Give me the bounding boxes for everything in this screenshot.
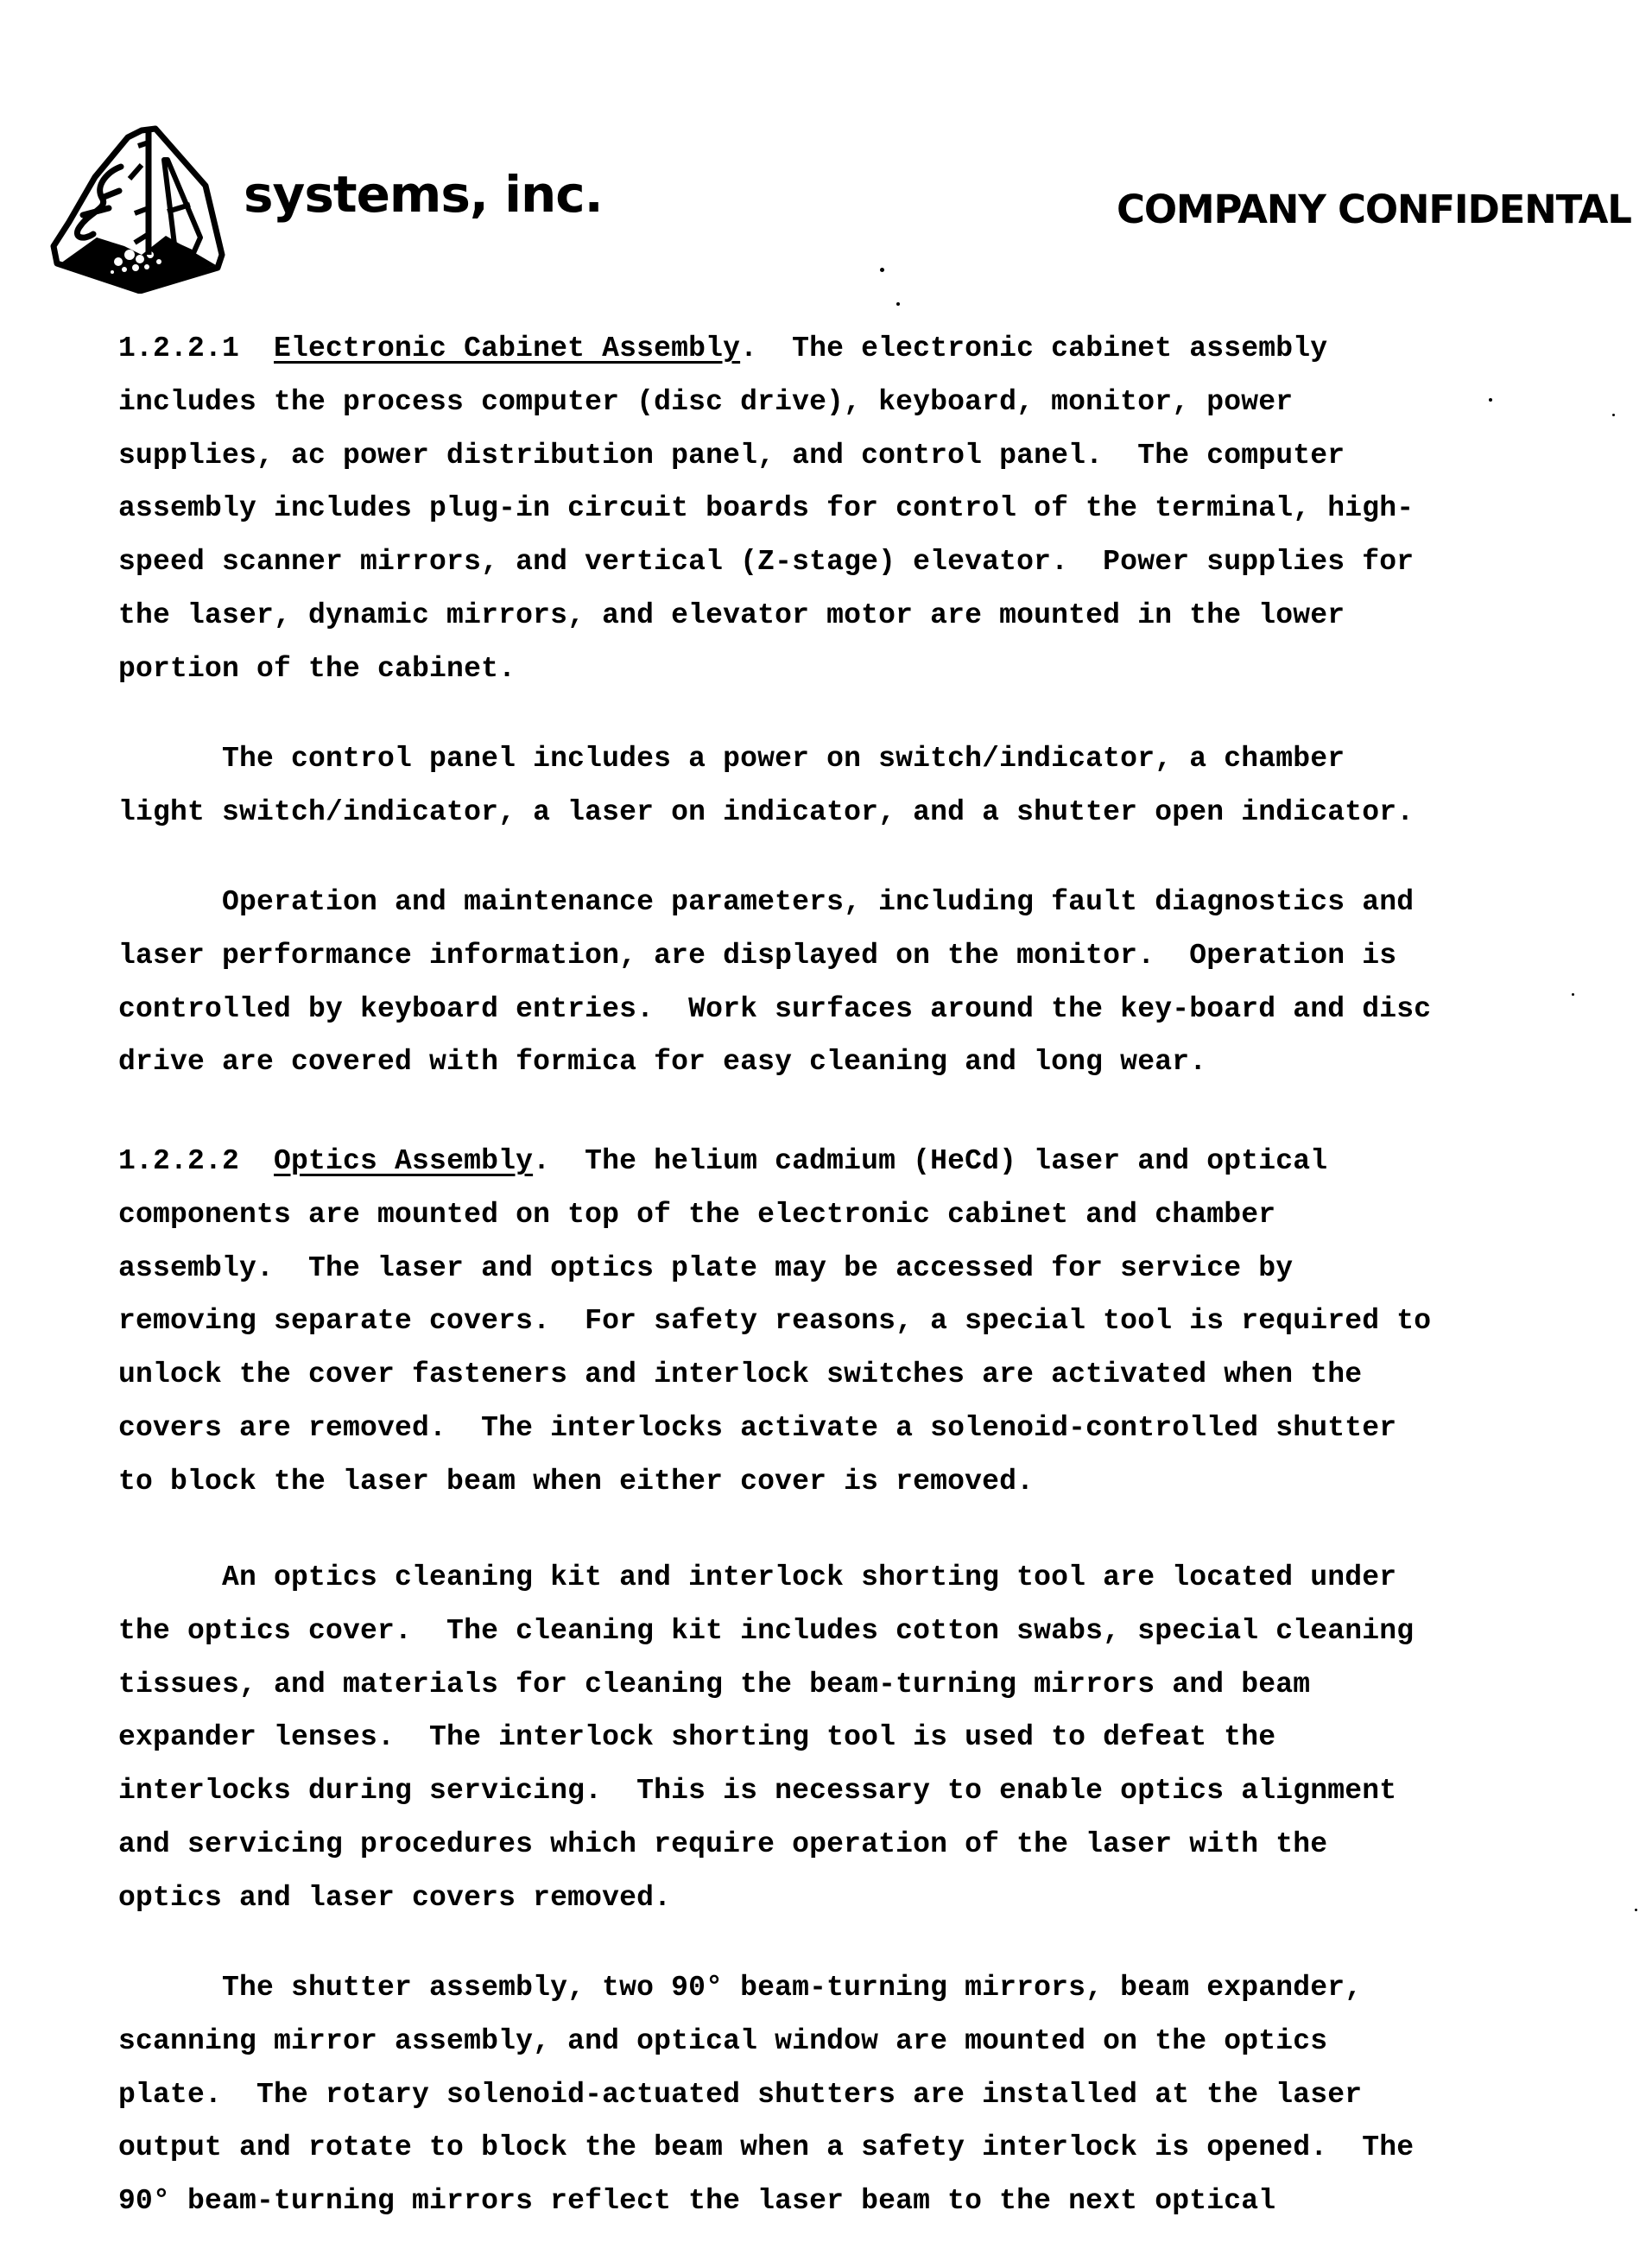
text-line: 1.2.2.2 Optics Assembly. The helium cadm… — [118, 1135, 1431, 1188]
text-line: and servicing procedures which require o… — [118, 1818, 1414, 1871]
3d-systems-logo-icon — [45, 125, 239, 294]
text-line: to block the laser beam when either cove… — [118, 1455, 1431, 1509]
text-line: covers are removed. The interlocks activ… — [118, 1402, 1431, 1455]
text-line: drive are covered with formica for easy … — [118, 1035, 1431, 1089]
text-line: controlled by keyboard entries. Work sur… — [118, 983, 1431, 1036]
text-line: optics and laser covers removed. — [118, 1871, 1414, 1925]
section-1-2-2-2-paragraph-2: An optics cleaning kit and interlock sho… — [118, 1551, 1414, 1925]
section-number: 1.2.2.2 — [118, 1145, 274, 1177]
text-line: speed scanner mirrors, and vertical (Z-s… — [118, 535, 1414, 589]
section-1-2-2-1-paragraph-3: Operation and maintenance parameters, in… — [118, 876, 1431, 1089]
text-line: 90° beam-turning mirrors reflect the las… — [118, 2175, 1414, 2228]
text-line: laser performance information, are displ… — [118, 929, 1431, 983]
scan-speck — [896, 302, 900, 306]
section-1-2-2-1-paragraph-2: The control panel includes a power on sw… — [118, 732, 1414, 839]
text-line: portion of the cabinet. — [118, 643, 1414, 696]
text-line: includes the process computer (disc driv… — [118, 376, 1414, 429]
confidential-label: COMPANY CONFIDENTAL — [1117, 190, 1631, 229]
text-line: assembly. The laser and optics plate may… — [118, 1242, 1431, 1295]
text-line: expander lenses. The interlock shorting … — [118, 1711, 1414, 1764]
company-name: systems, inc. — [244, 169, 603, 219]
section-1-2-2-2-paragraph-1: 1.2.2.2 Optics Assembly. The helium cadm… — [118, 1135, 1431, 1509]
text-line: assembly includes plug-in circuit boards… — [118, 482, 1414, 535]
text-line: components are mounted on top of the ele… — [118, 1188, 1431, 1242]
scan-speck — [1572, 993, 1574, 996]
section-number: 1.2.2.1 — [118, 332, 274, 364]
section-heading: Optics Assembly — [274, 1145, 533, 1177]
text-line: interlocks during servicing. This is nec… — [118, 1764, 1414, 1818]
text-line: The shutter assembly, two 90° beam-turni… — [118, 1961, 1414, 2015]
text-line: Operation and maintenance parameters, in… — [118, 876, 1431, 929]
scan-speck — [1489, 398, 1492, 402]
text-line: 1.2.2.1 Electronic Cabinet Assembly. The… — [118, 322, 1414, 376]
text-line: An optics cleaning kit and interlock sho… — [118, 1551, 1414, 1605]
section-lead-text: . The electronic cabinet assembly — [740, 332, 1327, 364]
text-line: supplies, ac power distribution panel, a… — [118, 429, 1414, 483]
text-line: light switch/indicator, a laser on indic… — [118, 786, 1414, 839]
scan-speck — [1612, 414, 1615, 416]
text-line: scanning mirror assembly, and optical wi… — [118, 2015, 1414, 2068]
text-line: plate. The rotary solenoid-actuated shut… — [118, 2068, 1414, 2122]
scan-speck — [880, 268, 884, 272]
text-line: The control panel includes a power on sw… — [118, 732, 1414, 786]
text-line: the optics cover. The cleaning kit inclu… — [118, 1605, 1414, 1658]
scan-speck — [1635, 1909, 1637, 1911]
text-line: output and rotate to block the beam when… — [118, 2121, 1414, 2175]
text-line: unlock the cover fasteners and interlock… — [118, 1348, 1431, 1402]
section-1-2-2-1-paragraph-1: 1.2.2.1 Electronic Cabinet Assembly. The… — [118, 322, 1414, 696]
section-heading: Electronic Cabinet Assembly — [274, 332, 740, 364]
text-line: the laser, dynamic mirrors, and elevator… — [118, 589, 1414, 643]
text-line: removing separate covers. For safety rea… — [118, 1295, 1431, 1348]
text-line: tissues, and materials for cleaning the … — [118, 1658, 1414, 1712]
section-1-2-2-2-paragraph-3: The shutter assembly, two 90° beam-turni… — [118, 1961, 1414, 2228]
section-lead-text: . The helium cadmium (HeCd) laser and op… — [533, 1145, 1327, 1177]
